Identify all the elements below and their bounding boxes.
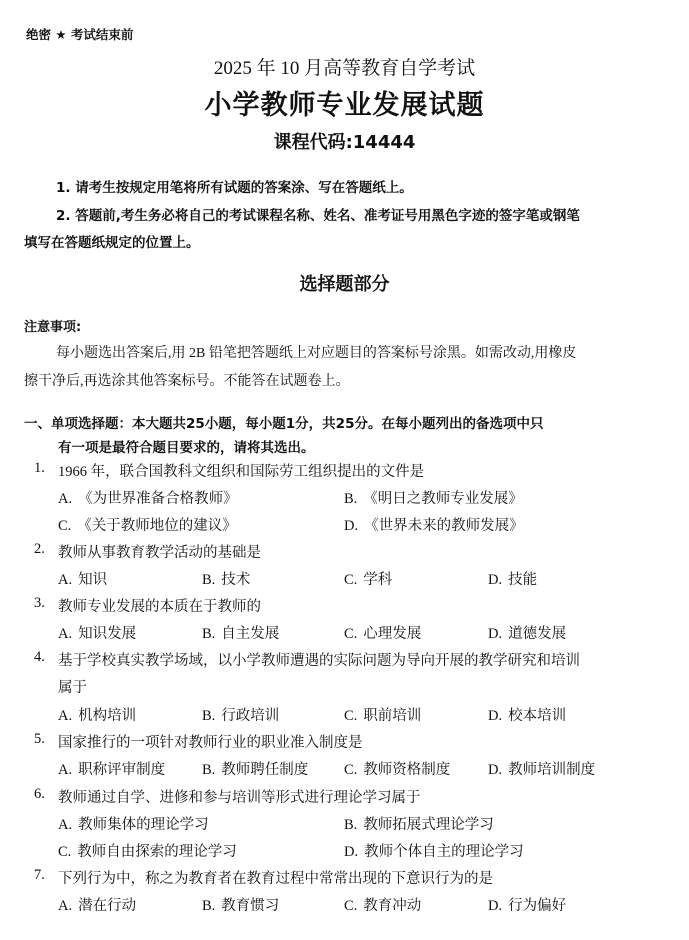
option-key: D.: [488, 898, 502, 914]
option-3a[interactable]: A.知识发展: [58, 622, 136, 643]
instruction-2: 2. 答题前,考生务必将自己的考试课程名称、姓名、准考证号用黑色字迹的签字笔或钢…: [56, 204, 580, 224]
option-key: B.: [202, 762, 215, 778]
option-key: C.: [344, 708, 357, 724]
option-key: C.: [58, 518, 71, 534]
question-5: 5. 国家推行的一项针对教师行业的职业准入制度是: [0, 731, 689, 751]
question-text: 1966 年，联合国教科文组织和国际劳工组织提出的文件是: [58, 460, 424, 481]
question-number: 7.: [34, 867, 45, 884]
option-text: 行政培训: [221, 708, 279, 724]
option-4d[interactable]: D.校本培训: [488, 704, 566, 725]
question-2: 2. 教师从事教育教学活动的基础是: [0, 541, 689, 561]
question-text-cont: 属于: [58, 676, 87, 697]
option-2b[interactable]: B.技术: [202, 568, 250, 589]
course-code: 课程代码:14444: [0, 128, 689, 154]
option-4c[interactable]: C.职前培训: [344, 704, 421, 725]
option-4a[interactable]: A.机构培训: [58, 704, 136, 725]
option-2c[interactable]: C.学科: [344, 568, 392, 589]
option-text: 教师自由探索的理论学习: [77, 844, 237, 860]
notice-line-1: 每小题选出答案后,用 2B 铅笔把答题纸上对应题目的答案标号涂黑。如需改动,用橡…: [56, 342, 576, 362]
option-text: 《世界未来的教师发展》: [364, 518, 524, 534]
option-text: 技术: [221, 572, 250, 588]
option-key: A.: [58, 708, 72, 724]
option-5a[interactable]: A.职称评审制度: [58, 758, 165, 779]
option-text: 行为偏好: [508, 898, 566, 914]
option-key: B.: [344, 491, 357, 507]
option-text: 知识: [78, 572, 107, 588]
option-key: A.: [58, 491, 72, 507]
option-5d[interactable]: D.教师培训制度: [488, 758, 595, 779]
question-6: 6. 教师通过自学、进修和参与培训等形式进行理论学习属于: [0, 786, 689, 806]
exam-page: 绝密 ★ 考试结束前 2025 年 10 月高等教育自学考试 小学教师专业发展试…: [0, 0, 689, 940]
option-key: D.: [488, 708, 502, 724]
question-3: 3. 教师专业发展的本质在于教师的: [0, 595, 689, 615]
option-key: A.: [58, 898, 72, 914]
question-number: 3.: [34, 595, 45, 612]
option-3b[interactable]: B.自主发展: [202, 622, 279, 643]
notice-line-2: 擦干净后,再选涂其他答案标号。不能答在试题卷上。: [24, 370, 350, 390]
option-text: 教师个体自主的理论学习: [364, 844, 524, 860]
option-key: A.: [58, 817, 72, 833]
question-text: 教师专业发展的本质在于教师的: [58, 595, 261, 616]
option-text: 教师聘任制度: [221, 762, 308, 778]
option-key: B.: [202, 708, 215, 724]
exam-session-line: 2025 年 10 月高等教育自学考试: [0, 53, 689, 80]
page-title: 小学教师专业发展试题: [0, 83, 689, 122]
option-key: D.: [488, 626, 502, 642]
option-key: A.: [58, 572, 72, 588]
option-7d[interactable]: D.行为偏好: [488, 894, 566, 915]
option-key: B.: [344, 817, 357, 833]
option-1c[interactable]: C.《关于教师地位的建议》: [58, 514, 237, 535]
option-text: 职前培训: [363, 708, 421, 724]
option-6c[interactable]: C.教师自由探索的理论学习: [58, 840, 237, 861]
option-text: 心理发展: [363, 626, 421, 642]
option-key: D.: [344, 844, 358, 860]
option-text: 《明日之教师专业发展》: [363, 491, 523, 507]
option-key: D.: [488, 572, 502, 588]
option-text: 校本培训: [508, 708, 566, 724]
option-5b[interactable]: B.教师聘任制度: [202, 758, 308, 779]
option-key: B.: [202, 626, 215, 642]
option-key: C.: [344, 762, 357, 778]
option-text: 教师培训制度: [508, 762, 595, 778]
option-6d[interactable]: D.教师个体自主的理论学习: [344, 840, 524, 861]
question-text: 教师通过自学、进修和参与培训等形式进行理论学习属于: [58, 786, 421, 807]
option-key: D.: [344, 518, 358, 534]
option-7b[interactable]: B.教育惯习: [202, 894, 279, 915]
option-text: 《关于教师地位的建议》: [77, 518, 237, 534]
option-1d[interactable]: D.《世界未来的教师发展》: [344, 514, 524, 535]
question-number: 2.: [34, 541, 45, 558]
option-1b[interactable]: B.《明日之教师专业发展》: [344, 487, 523, 508]
question-text: 基于学校真实教学场域，以小学教师遭遇的实际问题为导向开展的教学研究和培训: [58, 649, 580, 670]
option-text: 教师集体的理论学习: [78, 817, 209, 833]
option-text: 《为世界准备合格教师》: [78, 491, 238, 507]
option-key: C.: [58, 844, 71, 860]
option-text: 自主发展: [221, 626, 279, 642]
question-1: 1. 1966 年，联合国教科文组织和国际劳工组织提出的文件是: [0, 460, 689, 480]
section-title: 选择题部分: [0, 270, 689, 296]
option-key: A.: [58, 626, 72, 642]
question-4: 4. 基于学校真实教学场域，以小学教师遭遇的实际问题为导向开展的教学研究和培训: [0, 649, 689, 669]
option-text: 职称评审制度: [78, 762, 165, 778]
option-text: 教育惯习: [221, 898, 279, 914]
option-key: C.: [344, 626, 357, 642]
option-text: 潜在行动: [78, 898, 136, 914]
option-6b[interactable]: B.教师拓展式理论学习: [344, 813, 494, 834]
option-7c[interactable]: C.教育冲动: [344, 894, 421, 915]
instruction-1: 1. 请考生按规定用笔将所有试题的答案涂、写在答题纸上。: [56, 176, 413, 196]
option-5c[interactable]: C.教师资格制度: [344, 758, 450, 779]
option-7a[interactable]: A.潜在行动: [58, 894, 136, 915]
option-2d[interactable]: D.技能: [488, 568, 537, 589]
option-1a[interactable]: A.《为世界准备合格教师》: [58, 487, 238, 508]
option-text: 学科: [363, 572, 392, 588]
option-3c[interactable]: C.心理发展: [344, 622, 421, 643]
option-text: 技能: [508, 572, 537, 588]
question-number: 5.: [34, 731, 45, 748]
confidential-label: 绝密 ★ 考试结束前: [26, 25, 133, 43]
part-heading-cont: 有一项是最符合题目要求的，请将其选出。: [58, 436, 315, 456]
question-number: 4.: [34, 649, 45, 666]
question-text: 下列行为中，称之为教育者在教育过程中常常出现的下意识行为的是: [58, 867, 493, 888]
option-text: 机构培训: [78, 708, 136, 724]
part-heading: 一、单项选择题：本大题共25小题，每小题1分，共25分。在每小题列出的备选项中只: [24, 412, 543, 432]
option-text: 教师拓展式理论学习: [363, 817, 494, 833]
option-2a[interactable]: A.知识: [58, 568, 107, 589]
question-number: 6.: [34, 786, 45, 803]
option-4b[interactable]: B.行政培训: [202, 704, 279, 725]
option-key: C.: [344, 572, 357, 588]
question-text: 教师从事教育教学活动的基础是: [58, 541, 261, 562]
option-3d[interactable]: D.道德发展: [488, 622, 566, 643]
option-text: 教师资格制度: [363, 762, 450, 778]
option-text: 教育冲动: [363, 898, 421, 914]
question-7: 7. 下列行为中，称之为教育者在教育过程中常常出现的下意识行为的是: [0, 867, 689, 887]
question-text: 国家推行的一项针对教师行业的职业准入制度是: [58, 731, 363, 752]
instruction-2-cont: 填写在答题纸规定的位置上。: [24, 231, 200, 251]
option-6a[interactable]: A.教师集体的理论学习: [58, 813, 209, 834]
option-key: B.: [202, 898, 215, 914]
option-key: C.: [344, 898, 357, 914]
option-key: A.: [58, 762, 72, 778]
option-text: 道德发展: [508, 626, 566, 642]
notice-heading: 注意事项:: [24, 316, 81, 335]
option-key: D.: [488, 762, 502, 778]
question-number: 1.: [34, 460, 45, 477]
option-key: B.: [202, 572, 215, 588]
option-text: 知识发展: [78, 626, 136, 642]
